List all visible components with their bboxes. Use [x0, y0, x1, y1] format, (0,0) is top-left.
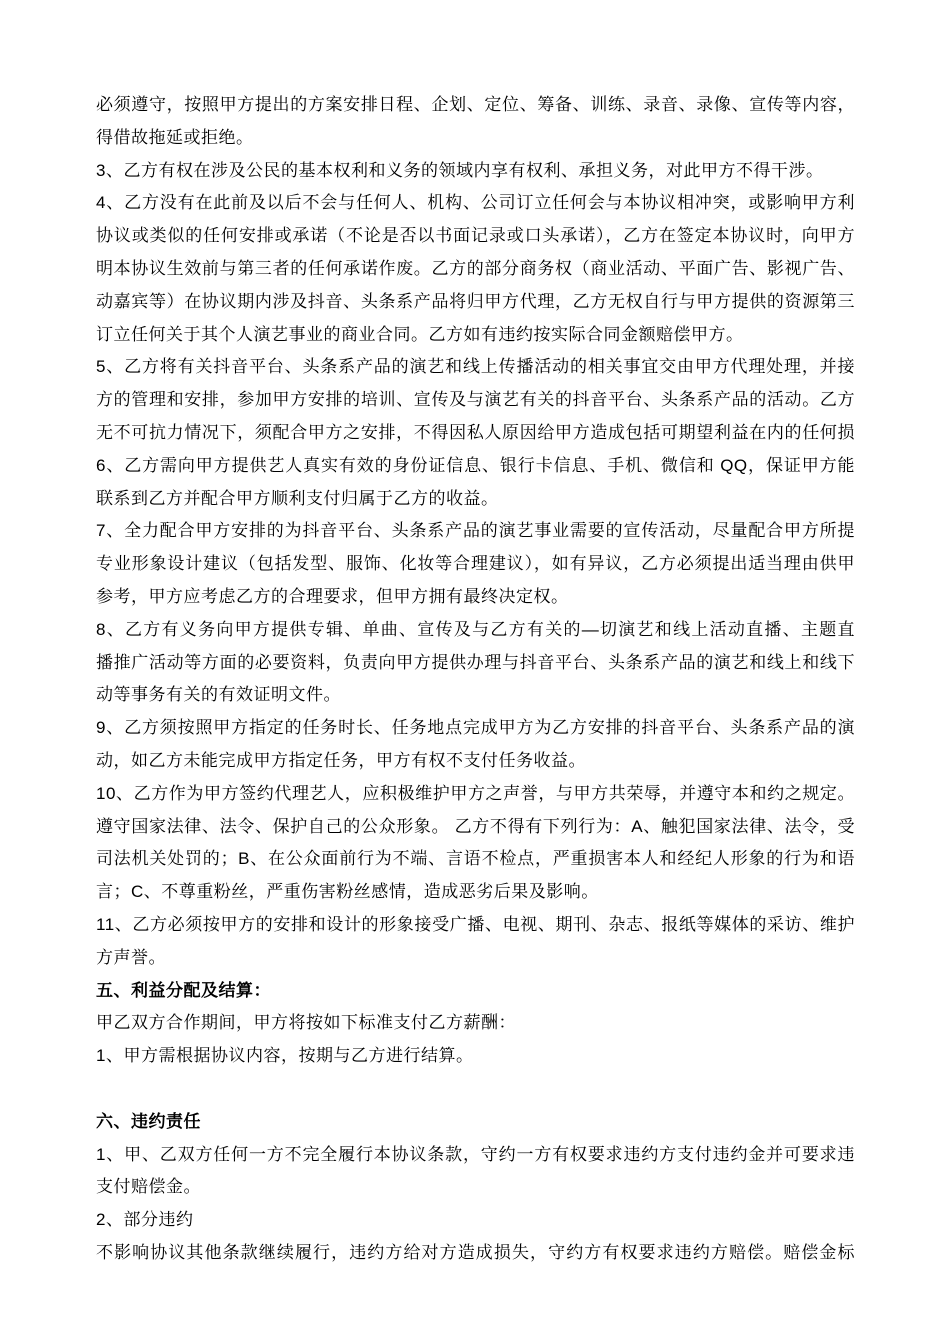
contract-line-35: 2、部分违约	[96, 1204, 855, 1237]
document-page: 必须遵守，按照甲方提出的方案安排日程、企划、定位、筹备、训练、录音、录像、宣传等…	[0, 0, 950, 1344]
contract-line-18: 播推广活动等方面的必要资料，负责向甲方提供办理与抖音平台、头条系产品的演艺和线上…	[96, 647, 855, 680]
section-6-heading: 六、违约责任	[96, 1106, 855, 1139]
contract-line-23: 遵守国家法律、法令、保护自己的公众形象。 乙方不得有下列行为：A、触犯国家法律、…	[96, 811, 855, 844]
blank-line	[96, 1073, 855, 1106]
contract-line-21: 动，如乙方未能完成甲方指定任务，甲方有权不支付任务收益。	[96, 745, 855, 778]
contract-line-33: 1、甲、乙双方任何一方不完全履行本协议条款，守约一方有权要求违约方支付违约金并可…	[96, 1139, 855, 1172]
contract-line-12: 6、乙方需向甲方提供艺人真实有效的身份证信息、银行卡信息、手机、微信和 QQ，保…	[96, 450, 855, 483]
contract-line-4: 4、乙方没有在此前及以后不会与任何人、机构、公司订立任何会与本协议相冲突，或影响…	[96, 187, 855, 220]
contract-line-1: 必须遵守，按照甲方提出的方案安排日程、企划、定位、筹备、训练、录音、录像、宣传等…	[96, 89, 855, 122]
contract-line-25: 言；C、不尊重粉丝，严重伤害粉丝感情，造成恶劣后果及影响。	[96, 876, 855, 909]
contract-line-20: 9、乙方须按照甲方指定的任务时长、任务地点完成甲方为乙方安排的抖音平台、头条系产…	[96, 712, 855, 745]
contract-line-27: 方声誉。	[96, 942, 855, 975]
contract-line-11: 无不可抗力情况下，须配合甲方之安排，不得因私人原因给甲方造成包括可期望利益在内的…	[96, 417, 855, 450]
contract-line-34: 支付赔偿金。	[96, 1171, 855, 1204]
contract-line-15: 专业形象设计建议（包括发型、服饰、化妆等合理建议），如有异议，乙方必须提出适当理…	[96, 548, 855, 581]
contract-line-24: 司法机关处罚的；B、在公众面前行为不端、言语不检点，严重损害本人和经纪人形象的行…	[96, 843, 855, 876]
contract-line-17: 8、乙方有义务向甲方提供专辑、单曲、宣传及与乙方有关的—切演艺和线上活动直播、主…	[96, 614, 855, 647]
contract-line-5: 协议或类似的任何安排或承诺（不论是否以书面记录或口头承诺），乙方在签定本协议时，…	[96, 220, 855, 253]
contract-line-22: 10、乙方作为甲方签约代理艺人，应积极维护甲方之声誉，与甲方共荣辱，并遵守本和约…	[96, 778, 855, 811]
contract-line-3: 3、乙方有权在涉及公民的基本权利和义务的领域内享有权利、承担义务，对此甲方不得干…	[96, 155, 855, 188]
contract-line-2: 得借故拖延或拒绝。	[96, 122, 855, 155]
contract-line-16: 参考，甲方应考虑乙方的合理要求，但甲方拥有最终决定权。	[96, 581, 855, 614]
section-5-heading: 五、利益分配及结算：	[96, 975, 855, 1008]
contract-line-13: 联系到乙方并配合甲方顺利支付归属于乙方的收益。	[96, 483, 855, 516]
contract-line-8: 订立任何关于其个人演艺事业的商业合同。乙方如有违约按实际合同金额赔偿甲方。	[96, 319, 855, 352]
contract-line-14: 7、全力配合甲方安排的为抖音平台、头条系产品的演艺事业需要的宣传活动，尽量配合甲…	[96, 515, 855, 548]
contract-line-30: 1、甲方需根据协议内容，按期与乙方进行结算。	[96, 1040, 855, 1073]
contract-line-36: 不影响协议其他条款继续履行，违约方给对方造成损失，守约方有权要求违约方赔偿。赔偿…	[96, 1237, 855, 1270]
contract-line-6: 明本协议生效前与第三者的任何承诺作废。乙方的部分商务权（商业活动、平面广告、影视…	[96, 253, 855, 286]
contract-line-29: 甲乙双方合作期间，甲方将按如下标准支付乙方薪酬：	[96, 1007, 855, 1040]
contract-line-19: 动等事务有关的有效证明文件。	[96, 679, 855, 712]
contract-line-7: 动嘉宾等）在协议期内涉及抖音、头条系产品将归甲方代理，乙方无权自行与甲方提供的资…	[96, 286, 855, 319]
contract-text-block: 必须遵守，按照甲方提出的方案安排日程、企划、定位、筹备、训练、录音、录像、宣传等…	[96, 89, 855, 1270]
contract-line-10: 方的管理和安排，参加甲方安排的培训、宣传及与演艺有关的抖音平台、头条系产品的活动…	[96, 384, 855, 417]
contract-line-9: 5、乙方将有关抖音平台、头条系产品的演艺和线上传播活动的相关事宜交由甲方代理处理…	[96, 351, 855, 384]
contract-line-26: 11、乙方必须按甲方的安排和设计的形象接受广播、电视、期刊、杂志、报纸等媒体的采…	[96, 909, 855, 942]
